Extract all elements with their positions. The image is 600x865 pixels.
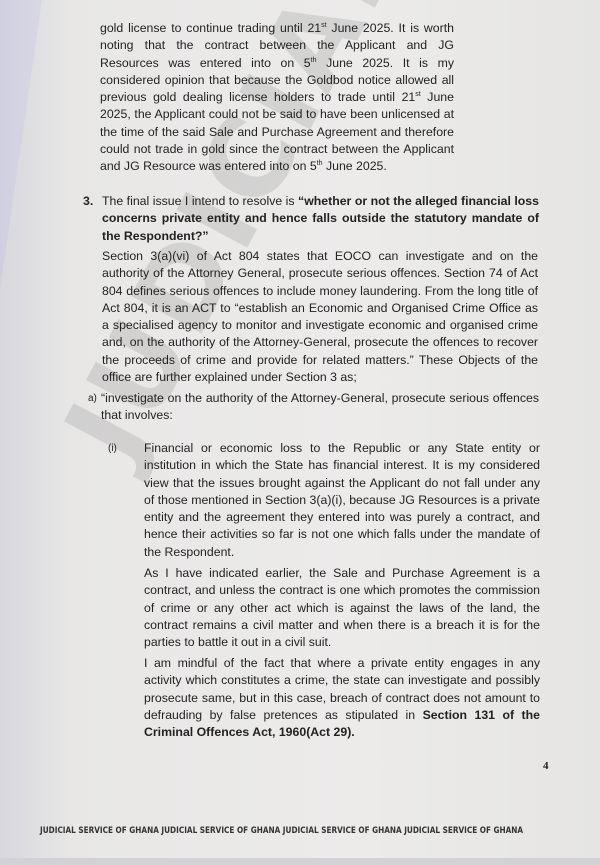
item-number: 3. <box>83 193 93 210</box>
paragraph-as-indicated: As I have indicated earlier, the Sale an… <box>144 565 540 651</box>
footer-banner: JUDICIAL SERVICE OF GHANA JUDICIAL SERVI… <box>40 826 517 836</box>
sub-item-a: a) “investigate on the authority of the … <box>88 390 539 425</box>
sub-item-i: (i) Financial or economic loss to the Re… <box>108 440 540 561</box>
sub-item-label: a) <box>88 390 97 407</box>
sub-item-text: “investigate on the authority of the Att… <box>101 390 539 425</box>
page-number: 4 <box>543 760 549 772</box>
paragraph-mindful: I am mindful of the fact that where a pr… <box>144 655 540 741</box>
paragraph-continuation: gold license to continue trading until 2… <box>100 20 454 176</box>
item-intro: The final issue I intend to resolve is <box>102 194 298 208</box>
page-bottom-edge <box>0 858 600 865</box>
sub-item-text: Financial or economic loss to the Republ… <box>144 440 540 561</box>
sub-item-label: (i) <box>108 440 117 457</box>
section-paragraph: Section 3(a)(vi) of Act 804 states that … <box>102 248 538 386</box>
numbered-item-3: 3. The final issue I intend to resolve i… <box>83 193 539 245</box>
